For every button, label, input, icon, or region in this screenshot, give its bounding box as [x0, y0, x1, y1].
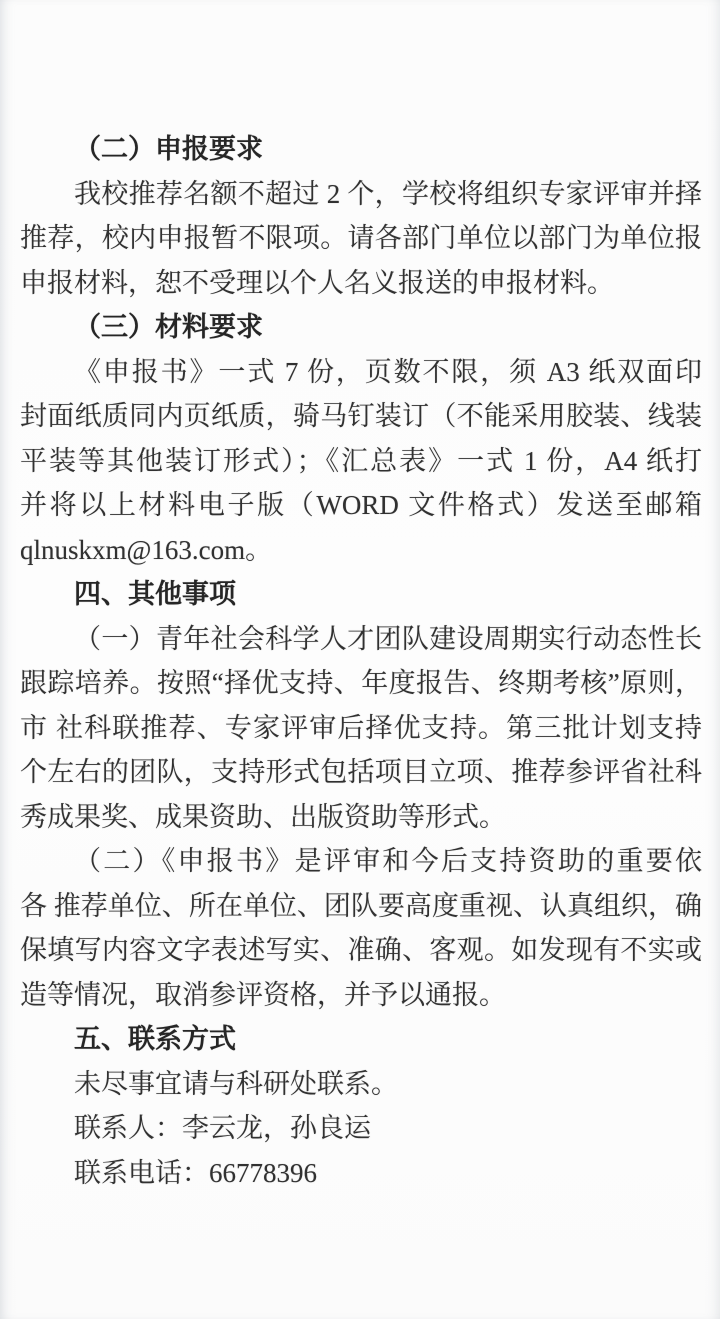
doc-line: 平装等其他装订形式）；《汇总表》一式 1 份，A4 纸打印。 — [20, 439, 702, 484]
doc-line: 个左右的团队，支持形式包括项目立项、推荐参评省社科优 — [20, 750, 702, 795]
doc-line: 造等情况，取消参评资格，并予以通报。 — [20, 973, 702, 1018]
doc-line: 跟踪培养。按照“择优支持、年度报告、终期考核”原则，经 — [20, 661, 702, 706]
doc-line: 申报材料，恕不受理以个人名义报送的申报材料。 — [20, 261, 702, 306]
heading-other-matters: 四、其他事项 — [20, 572, 702, 617]
doc-line: 推荐，校内申报暂不限项。请各部门单位以部门为单位报送 — [20, 216, 702, 261]
contact-person-line: 联系人：李云龙，孙良运 — [20, 1106, 702, 1151]
doc-line: 未尽事宜请与科研处联系。 — [20, 1062, 702, 1107]
email-line: qlnuskxm@163.com。 — [20, 528, 702, 573]
doc-line: 秀成果奖、成果资助、出版资助等形式。 — [20, 795, 702, 840]
heading-materials-requirements: （三）材料要求 — [20, 305, 702, 350]
doc-line: 各 推荐单位、所在单位、团队要高度重视、认真组织，确 — [20, 884, 702, 929]
doc-line: 《申报书》一式 7 份，页数不限，须 A3 纸双面印刷， — [20, 350, 702, 395]
heading-application-requirements: （二）申报要求 — [20, 127, 702, 172]
doc-line: 我校推荐名额不超过 2 个，学校将组织专家评审并择优 — [20, 172, 702, 217]
doc-line: （一）青年社会科学人才团队建设周期实行动态性长期 — [20, 617, 702, 662]
doc-line: 保填写内容文字表述写实、准确、客观。如发现有不实或伪 — [20, 928, 702, 973]
doc-line: 市 社科联推荐、专家评审后择优支持。第三批计划支持 50 — [20, 706, 702, 751]
contact-phone-line: 联系电话：66778396 — [20, 1151, 702, 1196]
heading-contact-info: 五、联系方式 — [20, 1017, 702, 1062]
document-page: （二）申报要求 我校推荐名额不超过 2 个，学校将组织专家评审并择优 推荐，校内… — [0, 0, 720, 1319]
doc-line: 并将以上材料电子版（WORD 文件格式）发送至邮箱 — [20, 483, 702, 528]
doc-line: 封面纸质同内页纸质，骑马钉装订（不能采用胶装、线装或 — [20, 394, 702, 439]
doc-line: （二）《申报书》是评审和今后支持资助的重要依据， — [20, 839, 702, 884]
